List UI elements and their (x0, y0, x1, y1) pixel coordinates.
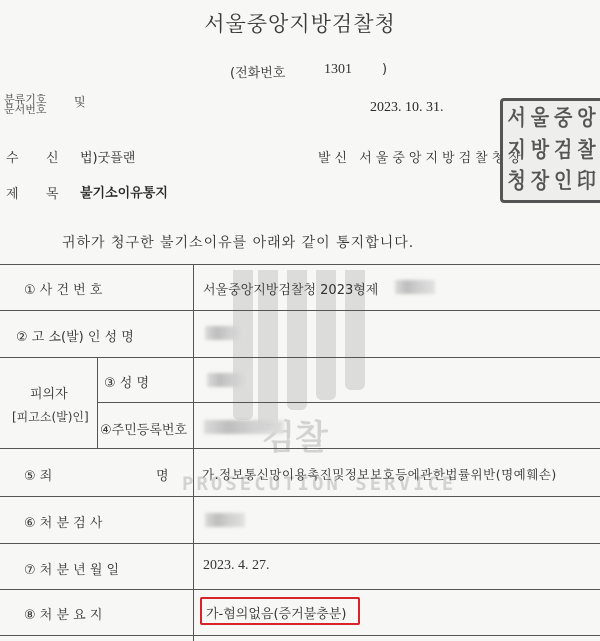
document-date: 2023. 10. 31. (370, 100, 444, 116)
redaction (205, 326, 245, 340)
phone-close: ) (382, 62, 387, 77)
seal-char: 방 (529, 133, 550, 167)
row-label-disposition-date: ⑦ 처 분 년 월 일 (24, 559, 119, 578)
classification-line2: 문서번호 (4, 105, 47, 115)
row-label-resident-number: ④주민등록번호 (100, 419, 187, 438)
row-label-charge-left: ⑤ 죄 (24, 465, 52, 484)
seal-char: 앙 (576, 102, 597, 136)
document-title: 서울중앙지방검찰청 (0, 8, 600, 38)
highlight-box (200, 597, 360, 625)
row-value-disposition-date: 2023. 4. 27. (203, 558, 270, 574)
watermark-korean: 검찰 (262, 410, 328, 459)
redaction (207, 373, 249, 387)
seal-char: 검 (553, 133, 574, 167)
row-value-case-number: 서울중앙지방검찰청 2023형제 (203, 279, 378, 298)
row-label-charge-right: 명 (156, 465, 169, 484)
seal-char: 울 (529, 102, 550, 136)
row-label-case-number: ① 사 건 번 호 (24, 279, 102, 298)
seal-char: 중 (553, 102, 574, 136)
intro-text: 귀하가 청구한 불기소이유를 아래와 같이 통지합니다. (62, 232, 414, 252)
seal-char: 인 (553, 165, 574, 199)
phone-line: (전화번호 1301 ) (230, 62, 285, 81)
row-label-suspect-name: ③ 성 명 (104, 372, 149, 391)
group-label-suspect-sub: [피고소(발)인] (12, 408, 89, 425)
classification-and: 및 (74, 97, 86, 107)
recipient-label-2: 신 (46, 147, 59, 166)
recipient-value: 법)굿플랜 (80, 147, 135, 166)
sender: 발신 서울중앙지방검찰청장 (318, 147, 525, 166)
row-label-disposition-summary: ⑧ 처 분 요 지 (24, 604, 102, 623)
redaction (395, 280, 435, 294)
phone-number: 1301 (324, 62, 352, 78)
seal-char: 지 (506, 133, 527, 167)
seal-char: 찰 (576, 133, 597, 167)
subject-label-2: 목 (46, 183, 59, 202)
classification-label: 분류기호 문서번호 및 (4, 95, 47, 115)
official-seal-icon: 서울중앙지방검찰청장인印 (500, 98, 600, 203)
subject-label-1: 제 (6, 183, 19, 202)
recipient-label-1: 수 (6, 147, 19, 166)
seal-char: 장 (529, 165, 550, 199)
seal-char: 서 (506, 102, 527, 136)
phone-label: (전화번호 (230, 66, 285, 81)
seal-char: 印 (576, 165, 597, 199)
redaction (205, 513, 245, 527)
group-label-suspect: 피의자 (30, 383, 68, 402)
seal-char: 청 (506, 165, 527, 199)
row-value-charge: 가.정보통신망이용촉진및정보보호등에관한법률위반(명예훼손) (202, 465, 557, 483)
redaction (204, 420, 284, 434)
subject-value: 불기소이유통지 (80, 182, 168, 201)
row-label-complainant: ② 고 소(발) 인 성 명 (16, 326, 134, 345)
row-label-prosecutor: ⑥ 처 분 검 사 (24, 512, 102, 531)
